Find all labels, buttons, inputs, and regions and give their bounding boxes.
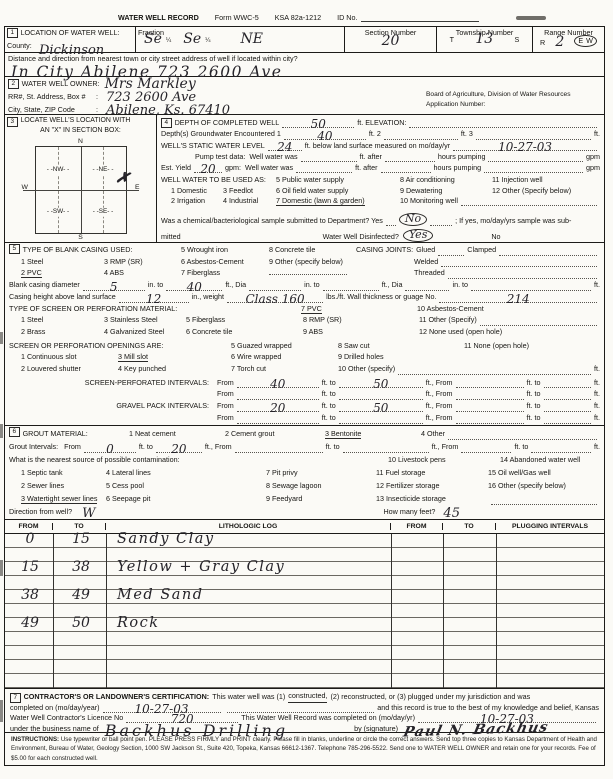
gauge-value: 214: [507, 295, 530, 304]
ft-to-label: ft. to: [514, 440, 528, 453]
use-option-4: 4 Industrial: [223, 196, 258, 206]
grout-other-blank: [448, 432, 597, 440]
colon: :: [96, 104, 98, 115]
section-4-number: 4: [161, 118, 172, 128]
grout-option-4: 4 Other: [421, 427, 445, 440]
county-label: County:: [7, 41, 32, 50]
casing-option-4: 4 ABS: [104, 267, 181, 279]
section-number-value: 20: [382, 37, 400, 46]
ft-to-label: ft. to: [322, 388, 336, 400]
groundwater-1-blank: 40: [284, 132, 366, 140]
screen-option-1: 1 Steel: [9, 314, 104, 326]
quarter-symbol: ¼: [166, 37, 171, 44]
section-box-hline: [23, 190, 139, 191]
screen-interval-blank: [544, 392, 591, 400]
casing-option-7: 7 Fiberglass: [181, 267, 269, 279]
casing-weight-blank: Class 160: [227, 295, 323, 303]
disinfected-no: No: [491, 231, 500, 242]
opening-other-blank: [398, 367, 591, 375]
ft-to-label: ft. to: [527, 377, 541, 389]
screen-intervals-label: SCREEN-PERFORATED INTERVALS:: [9, 377, 209, 389]
in-to-label: in. to: [304, 279, 320, 291]
ft-2-label: ft. 2: [369, 128, 381, 139]
screen-option-9: 9 ABS: [303, 326, 419, 338]
gravel-intervals-label: GRAVEL PACK INTERVALS:: [9, 400, 209, 412]
use-option-3: 3 Feedlot: [223, 186, 253, 196]
section-3-locate: 3LOCATE WELL'S LOCATION WITH AN "X" IN S…: [5, 115, 156, 242]
gravel-interval-blank: [544, 404, 591, 412]
ft-dia-label: ft., Dia: [382, 279, 403, 291]
groundwater-3-blank: [476, 132, 591, 140]
direction-label: Direction from well?: [9, 505, 72, 518]
sample-blank-2: [430, 218, 452, 226]
screen-option-6: 6 Concrete tile: [186, 326, 303, 338]
pump-hours-blank: [385, 154, 435, 162]
casing-weight-value: Class 160: [245, 295, 304, 304]
gravel-interval-blank: [237, 416, 319, 424]
licence-value: 720: [171, 715, 194, 724]
completed-on-label: completed on (mo/day/year): [10, 703, 100, 713]
use-option-9: 9 Dewatering: [400, 186, 492, 196]
well-x-mark: ✗: [115, 172, 130, 184]
owner-city-value: Abilene, Ks. 67410: [106, 106, 230, 115]
owner-name-value: Mrs Markley: [105, 80, 196, 89]
grout-to-blank: 20: [156, 445, 202, 453]
screen-interval-from2-blank: [456, 380, 524, 388]
disinfected-yes-circled: Yes: [403, 229, 433, 242]
hours-pumping-label: hours pumping: [438, 151, 486, 162]
use-option-5: 5 Public water supply: [276, 175, 400, 185]
casing-option-6: 6 Asbestos-Cement: [181, 256, 269, 268]
ft-from-label: ft., From: [426, 388, 453, 400]
gravel-interval-to-value: 50: [373, 404, 388, 413]
screen-option-4: 4 Galvanized Steel: [104, 326, 186, 338]
lith-to-value: 50: [57, 619, 105, 628]
ft-dia-label: ft., Dia: [225, 279, 246, 291]
casing-option-9: 9 Other (specify below): [269, 256, 356, 268]
contam-option-9: 9 Feedyard: [266, 492, 376, 505]
ft-label: ft.: [594, 377, 600, 389]
owner-title: WATER WELL OWNER:: [22, 78, 100, 89]
dia-3-blank: [405, 283, 449, 291]
signature-value: Paul N. Backhus: [402, 723, 549, 737]
casing-height-blank: 12: [119, 295, 189, 303]
grout-blank: [235, 445, 323, 453]
section-2-owner: 2WATER WELL OWNER:Mrs Markley RR#, St. A…: [5, 77, 604, 115]
pump-gpm-blank: [488, 154, 583, 162]
township-value: 13: [475, 35, 493, 44]
scan-artifact: [0, 700, 3, 722]
ft-from-label: ft., From: [426, 377, 453, 389]
screen-interval-to-value: 50: [373, 380, 388, 389]
casing-depth-value: 40: [187, 283, 202, 292]
lith-header-log: LITHOLOGIC LOG: [106, 523, 391, 530]
dia-3-depth-blank: [471, 283, 591, 291]
est-yield-value: 20: [200, 165, 215, 174]
quarter-dash-line: [58, 147, 59, 233]
opening-option-7: 7 Torch cut: [231, 363, 338, 375]
gpm-label: gpm: [586, 151, 600, 162]
well-water-was-label: Well water was: [245, 162, 293, 173]
ft-to-label: ft. to: [322, 400, 336, 412]
gravel-interval-from-blank: 20: [237, 404, 319, 412]
lithologic-table-header: FROM TO LITHOLOGIC LOG FROM TO PLUGGING …: [5, 520, 604, 534]
quarter-dash-line: [103, 147, 104, 233]
pump-ft-blank: [301, 154, 357, 162]
casing-diameter-value: 5: [110, 283, 118, 292]
location-title: LOCATION OF WATER WELL:: [21, 28, 120, 37]
township-prefix: T: [450, 35, 454, 44]
contam-option-10: 10 Livestock pens: [388, 453, 500, 466]
lith-from-value: 38: [9, 591, 51, 600]
agency-block: Board of Agriculture, Division of Water …: [426, 90, 598, 109]
casing-height-value: 12: [146, 295, 161, 304]
grout-option-1: 1 Neat cement: [129, 427, 225, 440]
dia-2-depth-blank: [323, 283, 379, 291]
depth-label: DEPTH OF COMPLETED WELL: [175, 117, 280, 128]
gravel-interval-to-blank: 50: [339, 404, 423, 412]
groundwater-label: Depth(s) Groundwater Encountered 1: [161, 128, 281, 139]
gpm-label: gpm: [586, 162, 600, 173]
township-cell: Township Number T 13 S: [437, 27, 533, 52]
static-date-blank: 10-27-03: [453, 143, 597, 151]
business-name-label: under the business name of: [10, 724, 99, 734]
ft-3-label: ft. 3: [461, 128, 473, 139]
quarter-symbol: ¼: [205, 37, 210, 44]
openings-title: SCREEN OR PERFORATION OPENINGS ARE:: [9, 340, 231, 352]
township-suffix: S: [515, 35, 520, 44]
quadrant-sw: - -SW- -: [46, 208, 70, 217]
section-1-location: 1LOCATION OF WATER WELL: County: Dickins…: [5, 27, 604, 53]
ft-after-label: ft. after: [360, 151, 382, 162]
section-7-certification: 7 CONTRACTOR'S OR LANDOWNER'S CERTIFICAT…: [5, 688, 604, 732]
yield-hours-blank: [381, 165, 431, 173]
ft-from-label: ft., From: [426, 412, 453, 424]
distance-label: Distance and direction from nearest town…: [8, 54, 601, 63]
lith-row: 49 50 Rock: [5, 619, 604, 645]
fraction-3-value: NE: [240, 35, 262, 44]
section-box: - -NW- - - -NE- - - -SW- - - -SE- - ✗: [35, 146, 127, 234]
dia-2-blank: [249, 283, 301, 291]
owner-address-value: 723 2600 Ave: [106, 93, 196, 102]
screen-interval-blank: [339, 392, 423, 400]
yield-ft-blank: [296, 165, 352, 173]
disinfected-label: Water Well Disinfected?: [323, 231, 399, 242]
owner-city-label: City, State, ZIP Code: [8, 104, 96, 115]
lith-row: 0 15 Sandy Clay: [5, 535, 604, 561]
ft-after-label: ft. after: [355, 162, 377, 173]
casing-joints-label: CASING JOINTS:: [356, 244, 413, 256]
form-header: WATER WELL RECORD Form WWC-5 KSA 82a-121…: [118, 13, 479, 22]
grout-to-value: 20: [171, 445, 186, 454]
grout-from-value: 0: [106, 445, 114, 454]
compass-east: E: [135, 184, 140, 193]
fraction-1-value: Se: [144, 35, 162, 44]
range-east: E: [578, 36, 583, 45]
sample-mitted: mitted: [161, 231, 181, 242]
agency-name: Board of Agriculture, Division of Water …: [426, 90, 598, 100]
from-label: From: [217, 412, 234, 424]
use-option-2: 2 Irrigation: [161, 196, 223, 206]
screen-interval-blank: [237, 392, 319, 400]
opening-option-3-selected: 3 Mill slot: [118, 352, 148, 362]
colon: :: [96, 91, 98, 102]
section-1-number: 1: [7, 28, 18, 38]
gpm-colon-label: gpm:: [225, 162, 241, 173]
range-value: 2: [555, 38, 564, 47]
section-5-casing: 5TYPE OF BLANK CASING USED: 5 Wrought ir…: [5, 243, 604, 426]
compass-south: S: [22, 234, 140, 243]
id-no-label: ID No.: [337, 13, 357, 22]
ft-label: ft.: [594, 128, 600, 139]
compass-west: W: [22, 184, 28, 193]
scan-artifact: [0, 424, 3, 438]
static-date-value: 10-27-03: [498, 143, 552, 152]
ft-from-label: ft., From: [426, 400, 453, 412]
joints-clamped-blank: [499, 248, 597, 256]
from-label: From: [217, 400, 234, 412]
contam-option-8: 8 Sewage lagoon: [266, 479, 376, 492]
est-yield-blank: 20: [194, 165, 222, 173]
in-to-label: in. to: [148, 279, 164, 291]
opening-option-5: 5 Guazed wrapped: [231, 340, 338, 352]
elevation-blank: [409, 120, 597, 128]
cert-line-1b: (2) reconstructed, or (3) plugged under …: [330, 692, 530, 702]
est-yield-label: Est. Yield: [161, 162, 191, 173]
screen-interval-blank: [456, 392, 524, 400]
joints-glued-blank: [438, 248, 464, 256]
fraction-2-value: Se: [183, 35, 201, 44]
ft-label: ft.: [594, 363, 600, 375]
lith-row: 15 38 Yellow + Gray Clay: [5, 563, 604, 589]
section-6-number: 6: [9, 427, 20, 437]
ft-label: ft.: [594, 388, 600, 400]
groundwater-2-blank: [384, 132, 458, 140]
grout-title: GROUT MATERIAL:: [23, 429, 88, 438]
screen-option-8: 8 RMP (SR): [303, 314, 419, 326]
section-3-4-row: 3LOCATE WELL'S LOCATION WITH AN "X" IN S…: [5, 115, 604, 243]
scan-artifact: [516, 16, 546, 20]
use-option-11: 11 Injection well: [492, 175, 600, 185]
lith-to-value: 15: [57, 535, 105, 544]
joints-welded-label: Welded: [414, 256, 438, 268]
instructions-label: INSTRUCTIONS:: [11, 736, 59, 743]
contam-option-1: 1 Septic tank: [9, 466, 106, 479]
range-west: W: [586, 36, 593, 45]
lith-desc-value: Yellow + Gray Clay: [117, 563, 285, 572]
lithologic-table: FROM TO LITHOLOGIC LOG FROM TO PLUGGING …: [5, 520, 604, 688]
joints-glued-label: Glued: [416, 244, 435, 256]
contam-option-16: 16 Other (specify below): [488, 479, 566, 492]
plug-header-to: TO: [443, 523, 496, 530]
screen-option-12: 12 None used (open hole): [419, 326, 502, 338]
casing-diameter-blank: 5: [83, 283, 145, 291]
ft-to-label: ft. to: [527, 388, 541, 400]
county-cell: 1LOCATION OF WATER WELL: County: Dickins…: [5, 27, 136, 52]
compass-north: N: [22, 138, 140, 147]
id-no-blank: [361, 15, 479, 22]
screen-option-10: 10 Asbestos-Cement: [417, 303, 484, 315]
ft-label: ft.: [594, 279, 600, 291]
completed-blank-filler: [227, 705, 375, 713]
owner-address-label: RR#, St. Address, Box #: [8, 91, 96, 102]
use-option-8: 8 Air conditioning: [400, 175, 492, 185]
gravel-interval-blank: [456, 404, 524, 412]
form-title: WATER WELL RECORD: [118, 13, 199, 22]
lithologic-table-body: 0 15 Sandy Clay 15 38 Yellow + Gray Clay…: [5, 534, 604, 688]
licence-blank: 720: [126, 715, 238, 723]
contam-option-7: 7 Pit privy: [266, 466, 376, 479]
hours-pumping-label: hours pumping: [434, 162, 482, 173]
gravel-interval-blank: [339, 416, 423, 424]
screen-other-blank: [480, 318, 597, 326]
section-2-number: 2: [8, 79, 19, 89]
opening-option-9: 9 Drilled holes: [338, 351, 384, 363]
ft-to-label: ft. to: [326, 440, 340, 453]
ft-from-label: ft., From: [205, 440, 232, 453]
casing-diameter-label: Blank casing diameter: [9, 279, 80, 291]
sample-blank: [386, 218, 396, 226]
joints-clamped-label: Clamped: [467, 244, 496, 256]
section-4-well-data: 4 DEPTH OF COMPLETED WELL 50 ft. ELEVATI…: [156, 115, 604, 242]
lith-desc-value: Sandy Clay: [117, 535, 215, 544]
ft-to-label: ft. to: [139, 440, 153, 453]
sample-no-circled: No: [399, 213, 427, 226]
casing-other-blank: [269, 267, 347, 275]
section-6-grout: 6GROUT MATERIAL: 1 Neat cement 2 Cement …: [5, 426, 604, 521]
ft-from-label: ft., From: [432, 440, 459, 453]
lith-from-value: 49: [9, 619, 51, 628]
grout-option-2: 2 Cement grout: [225, 427, 325, 440]
lith-from-value: 0: [9, 535, 51, 544]
grout-from-blank: 0: [84, 445, 136, 453]
grout-intervals-label: Grout Intervals:: [9, 440, 58, 453]
joints-threaded-blank: [448, 271, 597, 279]
screen-option-11: 11 Other (Specify): [419, 314, 477, 326]
lith-desc-value: Med Sand: [117, 591, 204, 600]
use-option-12: 12 Other (Specify below): [492, 186, 600, 196]
pump-test-label: Pump test data:: [195, 151, 245, 162]
elevation-label: ft. ELEVATION:: [357, 117, 406, 128]
yield-gpm-blank: [484, 165, 583, 173]
ft-label: ft.: [594, 440, 600, 453]
cert-line-1a: This water well was (1): [212, 692, 285, 702]
plug-header-intervals: PLUGGING INTERVALS: [496, 523, 604, 530]
casing-option-5: 5 Wrought iron: [181, 244, 269, 256]
lith-header-to: TO: [53, 523, 106, 530]
from-label: From: [217, 377, 234, 389]
use-option-6: 6 Oil field water supply: [276, 186, 400, 196]
constructed-selected: constructed,: [288, 691, 327, 702]
use-option-7-selected: 7 Domestic (lawn & garden): [276, 196, 365, 206]
quadrant-se: - -SE- -: [92, 208, 115, 217]
grout-option-3-selected: 3 Bentonite: [325, 429, 361, 439]
section-box-diagram: N - -NW- - - -NE- - - -SW- - - -SE- - ✗ …: [22, 138, 140, 243]
contam-option-14: 14 Abandoned water well: [500, 453, 580, 466]
feet-value: 45: [443, 509, 460, 518]
form-number: Form WWC-5: [215, 13, 259, 22]
from-label: From: [64, 440, 81, 453]
contam-other-blank: [491, 497, 597, 505]
ft-to-label: ft. to: [322, 377, 336, 389]
section-number-cell: Section Number 20: [345, 27, 437, 52]
instructions-text: Use typewriter or ball point pen. PLEASE…: [11, 736, 597, 761]
contam-option-2: 2 Sewer lines: [9, 479, 106, 492]
grout-blank: [461, 445, 511, 453]
ft-to-label: ft. to: [322, 412, 336, 424]
opening-option-11: 11 None (open hole): [464, 340, 529, 352]
opening-option-6: 6 Wire wrapped: [231, 351, 338, 363]
ft-to-label: ft. to: [527, 412, 541, 424]
screen-interval-to2-blank: [544, 380, 591, 388]
how-many-feet-label: How many feet?: [383, 505, 435, 518]
lith-header-from: FROM: [5, 523, 53, 530]
opening-option-10: 10 Other (specify): [338, 363, 395, 375]
screen-option-3: 3 Stainless Steel: [104, 314, 186, 326]
ft-label: ft.: [594, 400, 600, 412]
screen-interval-from-blank: 40: [237, 380, 319, 388]
section-5-number: 5: [9, 244, 20, 254]
direction-value: W: [82, 509, 95, 518]
grout-blank: [531, 445, 591, 453]
ft-label: ft.: [594, 412, 600, 424]
contam-option-4: 4 Lateral lines: [106, 466, 266, 479]
opening-option-8: 8 Saw cut: [338, 340, 464, 352]
lith-desc-value: Rock: [117, 619, 160, 628]
wall-thickness-label: lbs./ft. Wall thickness or guage No.: [326, 291, 436, 303]
opening-option-2: 2 Louvered shutter: [9, 363, 118, 375]
casing-option-2-selected: 2 PVC: [21, 268, 42, 278]
contam-option-15: 15 Oil well/Gas well: [488, 466, 551, 479]
water-well-record-scan: WATER WELL RECORD Form WWC-5 KSA 82a-121…: [0, 0, 613, 779]
gravel-interval-blank: [456, 416, 524, 424]
gravel-interval-blank: [544, 416, 591, 424]
grout-blank: [343, 445, 429, 453]
gravel-interval-from-value: 20: [270, 404, 285, 413]
contam-option-3-selected: 3 Watertight sewer lines: [21, 494, 97, 504]
lith-to-value: 49: [57, 591, 105, 600]
screen-interval-from-value: 40: [270, 380, 285, 389]
sample-question: Was a chemical/bacteriological sample su…: [161, 215, 383, 226]
screen-option-5: 5 Fiberglass: [186, 314, 303, 326]
signature-label: by (signature): [354, 724, 398, 734]
static-level-value: 24: [277, 143, 292, 152]
casing-option-3: 3 RMP (SR): [104, 256, 181, 268]
scan-artifact: [0, 560, 3, 576]
monitoring-well-blank: [461, 198, 597, 206]
lith-row: 38 49 Med Sand: [5, 591, 604, 617]
casing-option-1: 1 Steel: [9, 256, 104, 268]
distance-row: Distance and direction from nearest town…: [5, 53, 604, 77]
static-level-blank: 24: [268, 143, 302, 151]
form-body: 1LOCATION OF WATER WELL: County: Dickins…: [4, 26, 605, 766]
screen-interval-to-blank: 50: [339, 380, 423, 388]
contam-option-12: 12 Fertilizer storage: [376, 479, 488, 492]
screen-option-2: 2 Brass: [9, 326, 104, 338]
application-number-label: Application Number:: [426, 100, 598, 110]
scan-artifact: [0, 332, 3, 344]
contam-option-11: 11 Fuel storage: [376, 466, 488, 479]
range-cell: Range Number R 2 E W: [533, 27, 604, 52]
lith-from-value: 15: [9, 563, 51, 572]
locate-title-2: AN "X" IN SECTION BOX:: [7, 127, 154, 136]
static-level-label: WELL'S STATIC WATER LEVEL: [161, 140, 265, 151]
depth-blank: 50: [282, 120, 354, 128]
completed-date-blank: 10-27-03: [103, 705, 221, 713]
use-option-1: 1 Domestic: [161, 186, 223, 196]
opening-option-4: 4 Key punched: [118, 363, 231, 375]
casing-depth-blank: 40: [166, 283, 222, 291]
